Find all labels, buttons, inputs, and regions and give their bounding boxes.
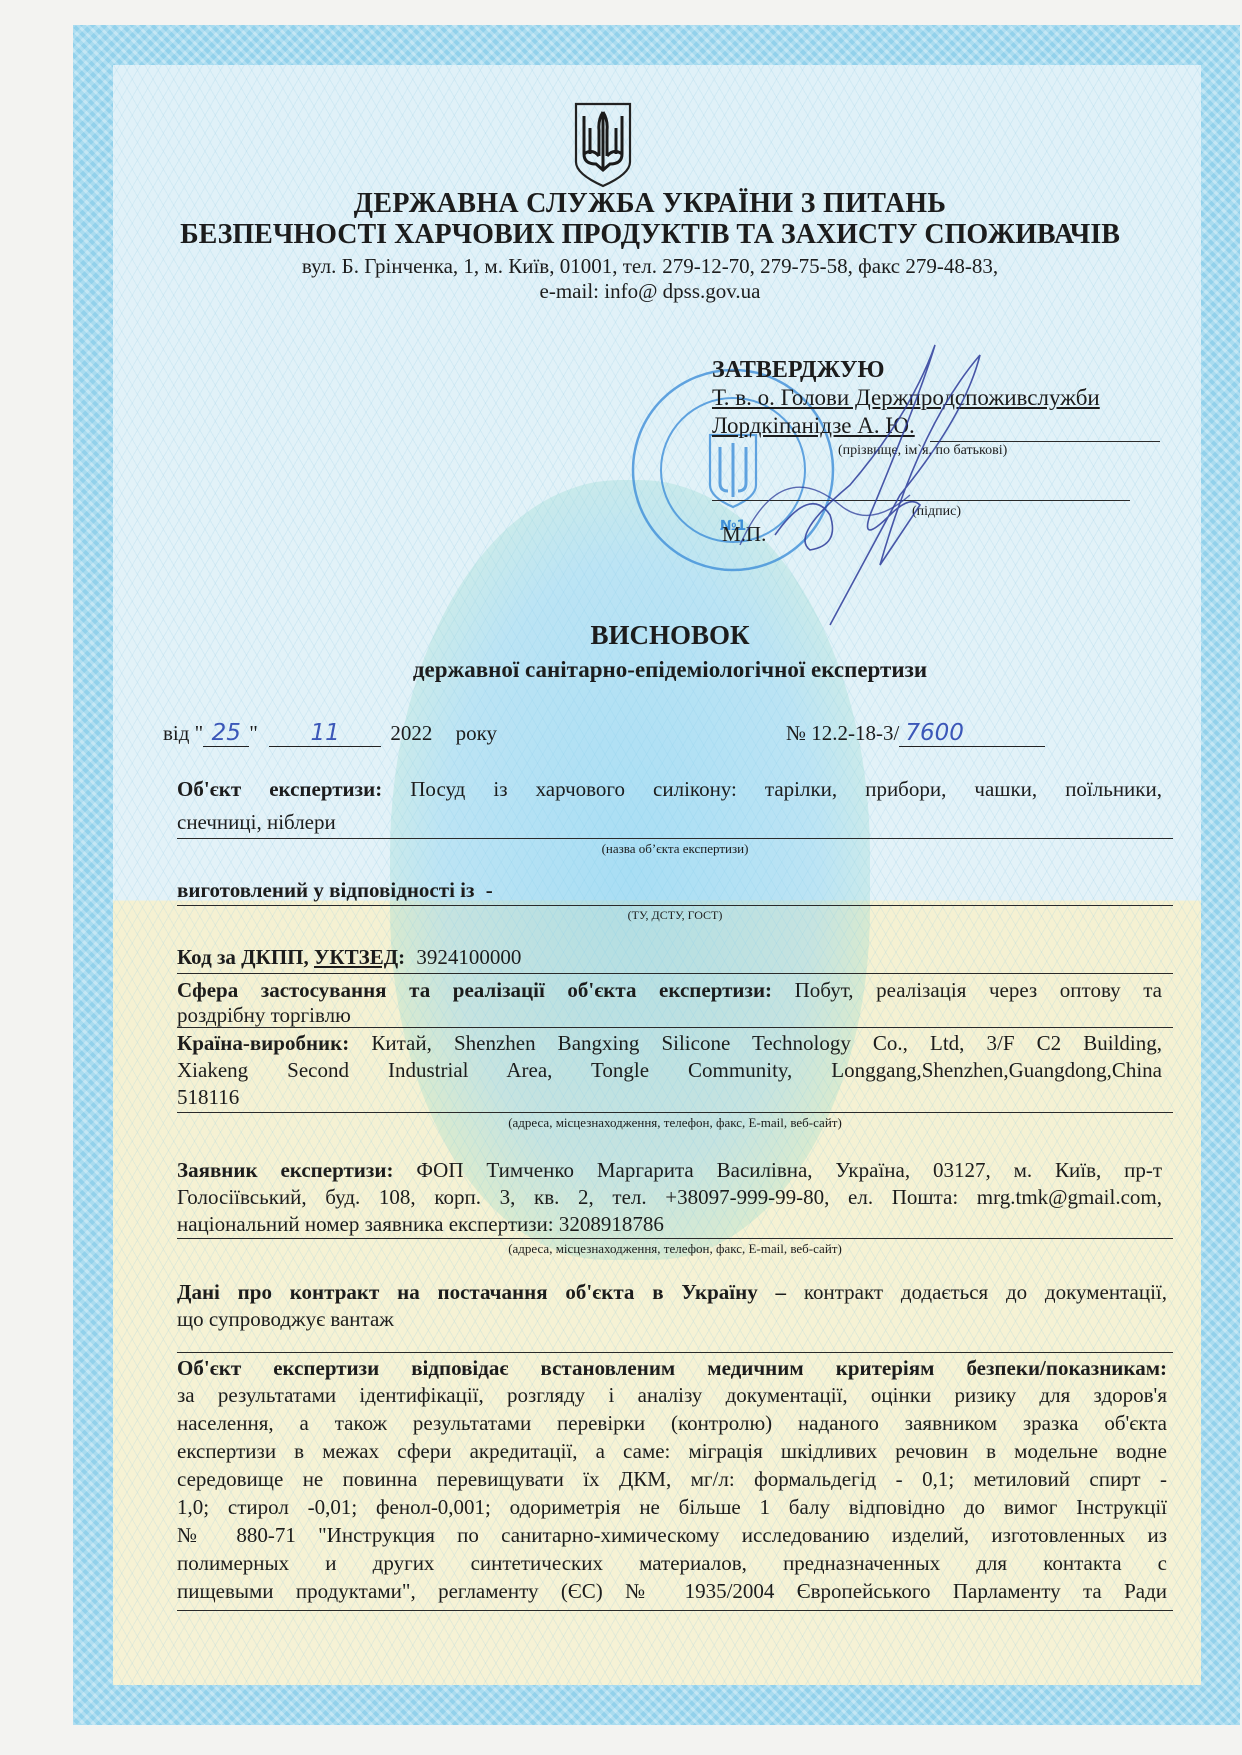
compliance-line: експертизи в межах сфери акредитації, а … bbox=[177, 1439, 1167, 1464]
compliance-line: № 880-71 "Инструкция по санитарно-химиче… bbox=[177, 1523, 1167, 1548]
compliance-line: за результатами ідентифікації, розгляду … bbox=[177, 1383, 1167, 1408]
document-title: ВИСНОВОК bbox=[470, 620, 870, 651]
made-caption: (ТУ, ДСТУ, ГОСТ) bbox=[177, 908, 1173, 923]
compliance-underline bbox=[177, 1610, 1173, 1611]
scope-underline bbox=[177, 1027, 1173, 1028]
code-underline bbox=[177, 973, 1173, 974]
number-handwritten: 7600 bbox=[899, 720, 1045, 747]
country-underline bbox=[177, 1112, 1173, 1113]
trident-emblem-icon bbox=[572, 100, 634, 188]
compliance-line: середовище не повинна перевищувати їх ДК… bbox=[177, 1467, 1167, 1492]
applicant-value: ФОП Тимченко Маргарита Василівна, Україн… bbox=[416, 1158, 1162, 1182]
object-line1: Об'єкт експертизи: Посуд із харчового си… bbox=[177, 777, 1162, 802]
compliance-label: Об'єкт експертизи відповідає встановлени… bbox=[177, 1356, 1167, 1381]
object-caption: (назва об’єкта експертизи) bbox=[177, 841, 1173, 857]
date-year: 2022 bbox=[390, 721, 432, 745]
object-line2: снечниці, ніблери bbox=[177, 810, 336, 835]
contract-underline bbox=[177, 1352, 1173, 1353]
date-mid: " bbox=[249, 721, 258, 745]
scope-line2: роздрібну торгівлю bbox=[177, 1003, 351, 1028]
org-email: e-mail: info@ dpss.gov.ua bbox=[150, 279, 1150, 304]
org-name-line2: БЕЗПЕЧНОСТІ ХАРЧОВИХ ПРОДУКТІВ ТА ЗАХИСТ… bbox=[120, 219, 1180, 251]
applicant-underline bbox=[177, 1238, 1173, 1239]
applicant-line1: Заявник експертизи: ФОП Тимченко Маргари… bbox=[177, 1158, 1162, 1183]
made-row: виготовлений у відповідності із - bbox=[177, 878, 493, 903]
made-label: виготовлений у відповідності із bbox=[177, 878, 474, 902]
number-prefix: № 12.2-18-3/ bbox=[786, 721, 899, 745]
object-label: Об'єкт експертизи: bbox=[177, 777, 382, 801]
scope-line1: Сфера застосування та реалізації об'єкта… bbox=[177, 978, 1162, 1003]
handwritten-signature bbox=[720, 335, 1020, 635]
code-label-dkpp: Код за ДКПП, bbox=[177, 945, 309, 969]
contract-line2: що супроводжує вантаж bbox=[177, 1307, 394, 1332]
org-address: вул. Б. Грінченка, 1, м. Київ, 01001, те… bbox=[150, 254, 1150, 279]
compliance-line: полимерных и других синтетических матери… bbox=[177, 1551, 1167, 1576]
date-prefix: від " bbox=[163, 721, 203, 745]
compliance-line: 1,0; стирол -0,01; фенол-0,001; одоримет… bbox=[177, 1495, 1167, 1520]
applicant-label: Заявник експертизи: bbox=[177, 1158, 393, 1182]
made-value: - bbox=[486, 878, 493, 902]
date-day: 25 bbox=[203, 720, 249, 747]
code-label-uktzed: УКТЗЕД bbox=[314, 945, 398, 969]
country-line1: Країна-виробник: Китай, Shenzhen Bangxin… bbox=[177, 1031, 1162, 1056]
applicant-caption: (адреса, місцезнаходження, телефон, факс… bbox=[177, 1241, 1173, 1257]
country-line2: Xiakeng Second Industrial Area, Tongle C… bbox=[177, 1058, 1162, 1083]
compliance-line: населення, а також результатами перевірк… bbox=[177, 1411, 1167, 1436]
applicant-line3: національний номер заявника експертизи: … bbox=[177, 1212, 664, 1237]
contract-value: контракт додається до документації, bbox=[804, 1280, 1167, 1304]
compliance-line: пищевыми продуктами", регламенту (ЄС) № … bbox=[177, 1579, 1167, 1604]
code-value: 3924100000 bbox=[416, 945, 521, 969]
country-value: Китай, Shenzhen Bangxing Silicone Techno… bbox=[371, 1031, 1162, 1055]
date-row: від "25" 11 2022 року bbox=[163, 720, 497, 747]
made-underline bbox=[177, 905, 1173, 906]
code-colon: : bbox=[398, 945, 405, 969]
country-line3: 518116 bbox=[177, 1085, 239, 1110]
org-name-line1: ДЕРЖАВНА СЛУЖБА УКРАЇНИ З ПИТАНЬ bbox=[150, 188, 1150, 220]
country-label: Країна-виробник: bbox=[177, 1031, 349, 1055]
applicant-line2: Голосіївський, буд. 108, корп. 3, кв. 2,… bbox=[177, 1185, 1162, 1210]
object-underline bbox=[177, 838, 1173, 839]
scope-value: Побут, реалізація через оптову та bbox=[795, 978, 1162, 1002]
document-subtitle: державної санітарно-епідеміологічної екс… bbox=[250, 657, 1090, 683]
document-number: № 12.2-18-3/7600 bbox=[786, 720, 1045, 747]
scope-label: Сфера застосування та реалізації об'єкта… bbox=[177, 978, 772, 1002]
contract-label: Дані про контракт на постачання об'єкта … bbox=[177, 1280, 786, 1304]
object-value: Посуд із харчового силікону: тарілки, пр… bbox=[410, 777, 1162, 801]
country-caption: (адреса, місцезнаходження, телефон, факс… bbox=[177, 1115, 1173, 1131]
contract-line1: Дані про контракт на постачання об'єкта … bbox=[177, 1280, 1167, 1305]
date-month: 11 bbox=[269, 720, 381, 747]
date-suffix: року bbox=[456, 721, 497, 745]
code-row: Код за ДКПП, УКТЗЕД: 3924100000 bbox=[177, 945, 521, 970]
